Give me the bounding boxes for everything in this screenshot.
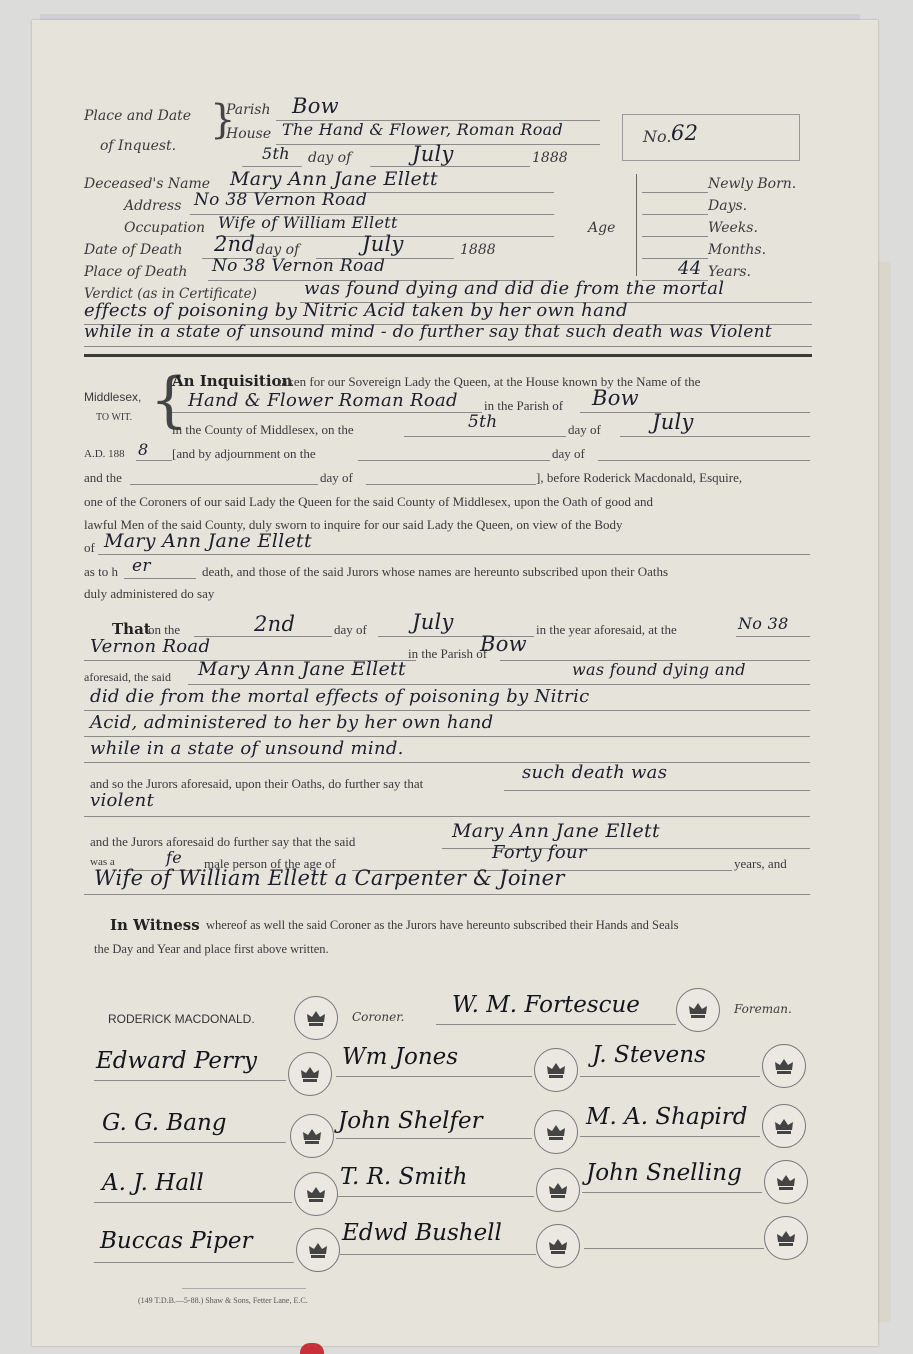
place-of-death-value: No 38 Vernon Road	[212, 256, 385, 276]
verdict-line-1: was found dying and did die from the mor…	[304, 278, 724, 299]
crown-icon	[544, 1058, 568, 1082]
ad-year-digit: 8	[138, 440, 148, 459]
body-name-value: Mary Ann Jane Ellett	[104, 530, 312, 552]
seal-juror-7	[294, 1172, 338, 1216]
foreman-rule	[436, 1024, 676, 1025]
juror-signature-8: T. R. Smith	[340, 1164, 468, 1190]
further-text: and the Jurors aforesaid do further say …	[90, 834, 355, 850]
age-label: Age	[588, 220, 615, 236]
place-date-label: Place and Date	[84, 108, 191, 124]
juror-signature-6: M. A. Shapird	[586, 1104, 747, 1130]
finding-place-rule-1	[736, 636, 810, 637]
of-label: of	[84, 540, 95, 556]
crown-icon	[546, 1234, 570, 1258]
juror-signature-2: Wm Jones	[342, 1044, 458, 1070]
cause-rule-1	[84, 710, 810, 711]
juror-rule-3	[580, 1076, 760, 1077]
inq-day-of-label: day of	[568, 422, 601, 438]
aforesaid-text: aforesaid, the said	[84, 670, 171, 685]
parish-label: Parish	[226, 102, 271, 118]
juror-signature-10: Buccas Piper	[100, 1228, 252, 1254]
age-years-value: 44	[678, 258, 702, 279]
inquest-month-rule	[370, 166, 530, 167]
inquest-month: July	[412, 142, 454, 166]
finding-place-value-1: No 38	[738, 614, 789, 633]
as-to-label: as to h	[84, 564, 118, 580]
house-label: House	[226, 126, 271, 142]
witness-heading: In Witness	[110, 916, 200, 934]
as-to-value: er	[132, 556, 151, 576]
before-text: ], before Roderick Macdonald, Esquire,	[536, 470, 742, 486]
seal-juror-5	[534, 1110, 578, 1154]
jurors-value-2: violent	[90, 790, 154, 811]
juror-signature-1: Edward Perry	[96, 1048, 257, 1074]
and-month-rule	[366, 484, 536, 485]
date-of-death-label: Date of Death	[84, 242, 183, 258]
foreman-label: Foreman.	[734, 1002, 792, 1016]
inq-county-text: in the County of Middlesex, on the	[172, 422, 354, 438]
seal-juror-4	[290, 1114, 334, 1158]
finding-day-value: 2nd	[254, 612, 295, 636]
seal-juror-8	[536, 1168, 580, 1212]
finding-cause-line-1: was found dying and	[572, 660, 746, 679]
as-to-rule	[124, 578, 196, 579]
description-value: Wife of William Ellett a Carpenter & Joi…	[94, 866, 565, 890]
crown-icon	[772, 1054, 796, 1078]
verdict-line-2: effects of poisoning by Nitric Acid take…	[84, 300, 628, 321]
inquest-day-of-label: day of	[308, 150, 351, 166]
inq-house-value: Hand & Flower Roman Road	[188, 390, 458, 411]
adjournment-rule	[358, 460, 550, 461]
jurors-rule-1	[504, 790, 810, 791]
death-day: 2nd	[214, 232, 255, 256]
crown-icon	[298, 1062, 322, 1086]
parish-value: Bow	[292, 94, 339, 118]
juror-signature-9: John Snelling	[586, 1160, 742, 1186]
crown-icon	[544, 1120, 568, 1144]
juror-rule-11	[340, 1254, 536, 1255]
cause-rule-3	[84, 762, 810, 763]
juror-rule-8	[338, 1196, 534, 1197]
inq-parish-value: Bow	[592, 386, 639, 410]
finding-in-parish: in the Parish of	[408, 646, 487, 662]
adjournment-text: [and by adjournment on the	[172, 446, 316, 462]
county-label: Middlesex,	[84, 390, 141, 404]
crown-icon	[772, 1114, 796, 1138]
inquest-day: 5th	[262, 144, 290, 163]
finding-year-text: in the year aforesaid, at the	[536, 622, 677, 638]
crown-icon	[774, 1170, 798, 1194]
age-brace-line	[636, 174, 637, 276]
juror-signature-4: G. G. Bang	[102, 1110, 227, 1136]
ad-label: A.D. 188	[84, 448, 125, 460]
finding-month-value: July	[412, 610, 454, 634]
age-unit-weeks: Weeks.	[708, 220, 758, 236]
age-rule-days	[642, 214, 708, 215]
finding-cause-line-4: while in a state of unsound mind.	[90, 738, 404, 759]
printer-imprint: (149 T.D.B.—5-88.) Shaw & Sons, Fetter L…	[138, 1296, 308, 1305]
crown-icon	[546, 1178, 570, 1202]
duly-text: duly administered do say	[84, 586, 214, 602]
inquest-year: 1888	[532, 150, 568, 166]
juror-signature-3: J. Stevens	[592, 1042, 706, 1068]
juror-signature-7: A. J. Hall	[102, 1170, 204, 1196]
body-name-rule	[98, 554, 810, 555]
and-the-label: and the	[84, 470, 122, 486]
juror-rule-9	[582, 1192, 762, 1193]
inq-day-rule	[404, 436, 566, 437]
juror-rule-4	[94, 1142, 286, 1143]
seal-juror-3	[762, 1044, 806, 1088]
juror-rule-1	[94, 1080, 286, 1081]
verdict-rule-3	[84, 346, 812, 347]
juror-rule-12	[584, 1248, 764, 1249]
deceased-name-label: Deceased's Name	[84, 176, 210, 192]
crown-icon	[774, 1226, 798, 1250]
seal-juror-10	[296, 1228, 340, 1272]
juror-rule-2	[336, 1076, 532, 1077]
inquest-number-box: No. 62	[622, 114, 800, 161]
number-value: 62	[671, 121, 698, 145]
deceased-name-value: Mary Ann Jane Ellett	[230, 168, 438, 190]
cause-rule-2	[84, 736, 810, 737]
witness-line-1: whereof as well the said Coroner as the …	[206, 918, 678, 933]
juror-signature-11: Edwd Bushell	[342, 1220, 502, 1246]
finding-day-rule	[194, 636, 332, 637]
adjournment-month-rule	[598, 460, 810, 461]
inq-month-rule	[620, 436, 810, 437]
foreman-signature: W. M. Fortescue	[452, 992, 640, 1018]
juror-rule-10	[94, 1262, 294, 1263]
crown-icon	[686, 998, 710, 1022]
finding-cause-line-2: did die from the mortal effects of poiso…	[90, 686, 590, 707]
jurors-rule-2	[84, 816, 810, 817]
finding-day-of: day of	[334, 622, 367, 638]
finding-name-rule	[188, 684, 810, 685]
age-unit-newly-born: Newly Born.	[708, 176, 796, 192]
number-label: No.	[643, 127, 671, 146]
inquest-document: Place and Date of Inquest. } Parish Bow …	[32, 20, 878, 1346]
finding-parish-value: Bow	[480, 632, 527, 656]
death-month: July	[362, 232, 404, 256]
to-wit-label: TO WIT.	[96, 412, 132, 423]
seal-coroner	[294, 996, 338, 1040]
seal-juror-12	[764, 1216, 808, 1260]
occupation-value: Wife of William Ellett	[218, 213, 398, 232]
occupation-label: Occupation	[124, 220, 205, 236]
section-divider	[84, 354, 812, 357]
finding-name-value: Mary Ann Jane Ellett	[198, 658, 406, 680]
seal-juror-1	[288, 1052, 332, 1096]
age-words-value: Forty four	[492, 842, 587, 863]
and-day-of-label: day of	[320, 470, 353, 486]
seal-juror-11	[536, 1224, 580, 1268]
sex-value: fe	[166, 848, 182, 867]
inq-day-value: 5th	[468, 412, 498, 432]
seal-juror-6	[762, 1104, 806, 1148]
inq-house-rule	[172, 412, 482, 413]
coroner-name: RODERICK MACDONALD.	[108, 1012, 255, 1026]
crown-icon	[304, 1006, 328, 1030]
seal-juror-9	[764, 1160, 808, 1204]
death-text: death, and those of the said Jurors whos…	[202, 564, 668, 580]
finding-place-value-2: Vernon Road	[90, 636, 210, 657]
juror-signature-5: John Shelfer	[338, 1108, 483, 1134]
seal-juror-2	[534, 1048, 578, 1092]
inq-month-value: July	[652, 410, 694, 434]
jurors-value-1: such death was	[522, 762, 667, 783]
finding-cause-line-3: Acid, administered to her by her own han…	[90, 712, 494, 733]
years-and-text: years, and	[734, 856, 787, 872]
crown-icon	[304, 1182, 328, 1206]
inq-parish-rule	[580, 412, 810, 413]
adjournment-day-of: day of	[552, 446, 585, 462]
coroner-label: Coroner.	[352, 1010, 404, 1024]
age-rule-weeks	[642, 236, 708, 237]
crown-icon	[306, 1238, 330, 1262]
and-day-rule	[130, 484, 318, 485]
age-rule-newly	[642, 192, 708, 193]
red-clip	[300, 1343, 324, 1354]
ad-rule	[136, 460, 172, 461]
inquisition-heading: An Inquisition	[172, 372, 292, 390]
age-unit-days: Days.	[708, 198, 747, 214]
inquest-day-rule	[242, 166, 302, 167]
juror-rule-5	[336, 1138, 532, 1139]
para-line-1: one of the Coroners of our said Lady the…	[84, 494, 653, 510]
place-date-label-2: of Inquest.	[100, 138, 176, 154]
age-unit-months: Months.	[708, 242, 766, 258]
witness-line-2: the Day and Year and place first above w…	[94, 942, 329, 957]
house-value: The Hand & Flower, Roman Road	[282, 120, 563, 139]
description-rule	[84, 894, 810, 895]
place-of-death-label: Place of Death	[84, 264, 187, 280]
seal-foreman	[676, 988, 720, 1032]
address-label: Address	[124, 198, 181, 214]
further-name-value: Mary Ann Jane Ellett	[452, 820, 660, 842]
juror-rule-6	[580, 1136, 760, 1137]
verdict-line-3: while in a state of unsound mind - do fu…	[84, 322, 772, 342]
death-year: 1888	[460, 242, 496, 258]
footer-rule	[182, 1288, 306, 1289]
address-value: No 38 Vernon Road	[194, 190, 367, 210]
juror-rule-7	[94, 1202, 292, 1203]
crown-icon	[300, 1124, 324, 1148]
